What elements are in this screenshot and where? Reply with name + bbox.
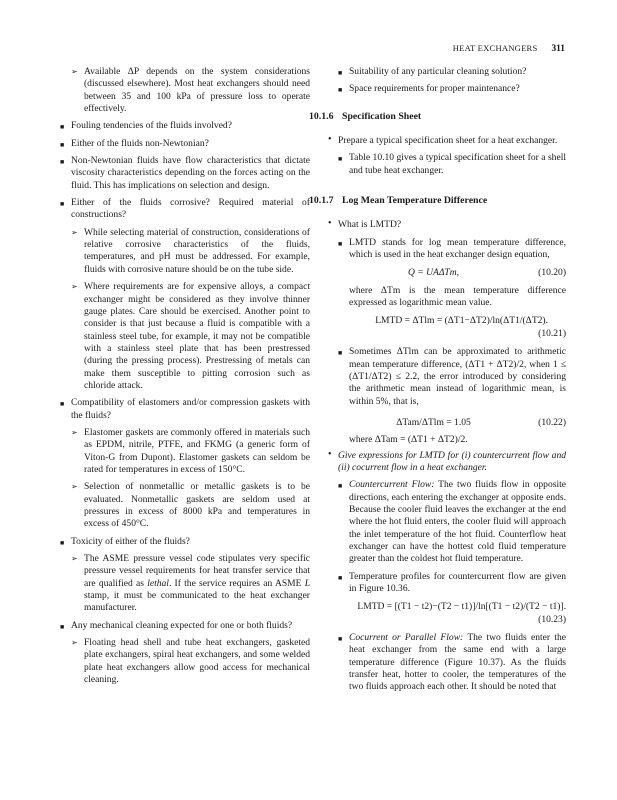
list-item: ■Countercurrent Flow: The two fluids flo…	[338, 479, 566, 565]
list-item: ■LMTD stands for log mean temperature di…	[338, 237, 566, 262]
list-item: ➢Selection of nonmetallic or metallic ga…	[60, 481, 310, 530]
left-column: ➢Available ΔP depends on the system cons…	[60, 66, 310, 691]
list-item: ■Compatibility of elastomers and/or comp…	[60, 397, 310, 422]
page-number: 311	[551, 44, 565, 54]
square-bullet-icon: ■	[338, 153, 342, 165]
list-item: ■Cocurrent or Parallel Flow: The two flu…	[338, 632, 566, 694]
section-heading-10-1-7: 10.1.7Log Mean Temperature Difference	[309, 195, 566, 207]
square-bullet-icon: ■	[338, 84, 342, 96]
list-item: •Give expressions for LMTD for (i) count…	[327, 450, 566, 475]
arrow-bullet-icon: ➢	[71, 281, 78, 293]
square-bullet-icon: ■	[60, 121, 64, 133]
list-item: ➢While selecting material of constructio…	[60, 227, 310, 276]
list-item: ■Any mechanical cleaning expected for on…	[60, 620, 310, 632]
square-bullet-icon: ■	[60, 398, 64, 410]
list-item: ■Toxicity of either of the fluids?	[60, 536, 310, 548]
round-bullet-icon: •	[328, 134, 332, 146]
right-column: ■Suitability of any particular cleaning …	[327, 66, 566, 699]
square-bullet-icon: ■	[338, 633, 342, 645]
section-heading-10-1-6: 10.1.6Specification Sheet	[309, 111, 566, 123]
square-bullet-icon: ■	[338, 347, 342, 359]
list-item: ➢Where requirements are for expensive al…	[60, 281, 310, 392]
square-bullet-icon: ■	[60, 621, 64, 633]
arrow-bullet-icon: ➢	[71, 553, 78, 565]
list-item: •Prepare a typical specification sheet f…	[327, 135, 566, 147]
square-bullet-icon: ■	[60, 537, 64, 549]
equation-10-23: LMTD = [(T1 − t2)−(T2 − t1)]/ln[(T1 − t2…	[327, 601, 566, 626]
list-item: ■Non-Newtonian fluids have flow characte…	[60, 155, 310, 192]
list-item: ■Space requirements for proper maintenan…	[338, 83, 566, 95]
square-bullet-icon: ■	[60, 156, 64, 168]
arrow-bullet-icon: ➢	[71, 427, 78, 439]
square-bullet-icon: ■	[338, 238, 342, 250]
list-item: ■Either of the fluids corrosive? Require…	[60, 197, 310, 222]
list-item: ■Fouling tendencies of the fluids involv…	[60, 120, 310, 132]
list-item: ➢Elastomer gaskets are commonly offered …	[60, 427, 310, 476]
list-item: •What is LMTD?	[327, 219, 566, 231]
list-item: ■Sometimes ΔTlm can be approximated to a…	[338, 346, 566, 408]
list-item: ■Suitability of any particular cleaning …	[338, 66, 566, 78]
list-item: ➢Available ΔP depends on the system cons…	[60, 66, 310, 115]
round-bullet-icon: •	[328, 218, 332, 230]
list-item: ■Either of the fluids non-Newtonian?	[60, 138, 310, 150]
equation-10-20: Q = UAΔTm,(10.20)	[349, 267, 566, 279]
list-item: ■Temperature profiles for countercurrent…	[338, 571, 566, 596]
equation-explanation: where ΔTm is the mean temperature differ…	[327, 285, 566, 310]
square-bullet-icon: ■	[60, 198, 64, 210]
arrow-bullet-icon: ➢	[71, 227, 78, 239]
list-item: ➢The ASME pressure vessel code stipulate…	[60, 553, 310, 615]
arrow-bullet-icon: ➢	[71, 66, 78, 78]
equation-explanation: where ΔTam = (ΔT1 + ΔT2)/2.	[327, 434, 566, 446]
running-header: HEAT EXCHANGERS 311	[453, 43, 565, 54]
square-bullet-icon: ■	[338, 67, 342, 79]
arrow-bullet-icon: ➢	[71, 481, 78, 493]
square-bullet-icon: ■	[338, 480, 342, 492]
square-bullet-icon: ■	[338, 572, 342, 584]
arrow-bullet-icon: ➢	[71, 637, 78, 649]
list-item: ➢Floating head shell and tube heat excha…	[60, 637, 310, 686]
running-title: HEAT EXCHANGERS	[453, 43, 538, 53]
round-bullet-icon: •	[328, 449, 332, 461]
square-bullet-icon: ■	[60, 139, 64, 151]
equation-10-22: ΔTam/ΔTlm = 1.05(10.22)	[349, 417, 566, 429]
equation-10-21: LMTD = ΔTlm = (ΔT1−ΔT2)/ln(ΔT1/(ΔT2).(10…	[349, 315, 566, 340]
list-item: ■Table 10.10 gives a typical specificati…	[338, 152, 566, 177]
